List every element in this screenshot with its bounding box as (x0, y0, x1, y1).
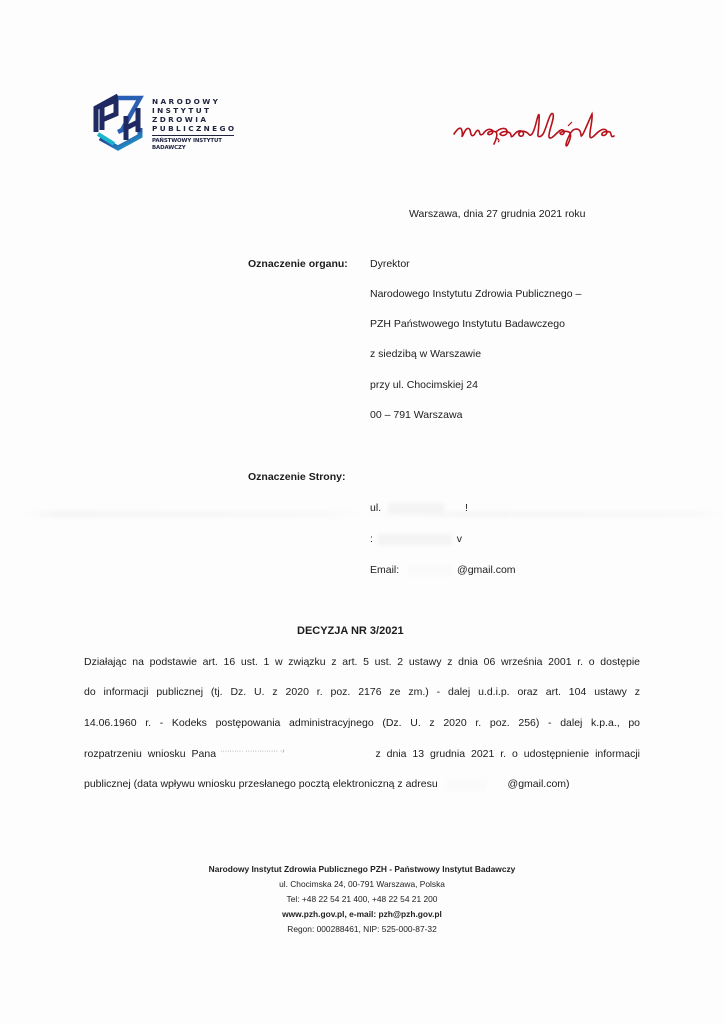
organ-label: Oznaczenie organu: (248, 258, 348, 270)
organ-line: z siedzibą w Warszawie (370, 348, 481, 360)
city-prefix: : (370, 533, 373, 545)
organ-line: Dyrektor (370, 258, 410, 270)
scan-artifact (0, 511, 724, 517)
redacted-city (378, 534, 452, 545)
redacted-name: ·········· ·············· ·› (220, 748, 285, 760)
organ-line: 00 – 791 Warszawa (370, 409, 462, 421)
logo-line: PUBLICZNEGO (152, 124, 237, 133)
email-label: Email: (370, 564, 399, 576)
redacted-source-email (447, 779, 487, 790)
logo-line: INSTYTUT (152, 106, 237, 115)
footer-web-email: www.pzh.gov.pl, e-mail: pzh@pzh.gov.pl (0, 909, 724, 919)
request-prefix: rozpatrzeniu wniosku Pana (84, 748, 216, 760)
footer-address: ul. Chocimska 24, 00-791 Warszawa, Polsk… (0, 879, 724, 889)
party-street: ul. ! (370, 502, 468, 514)
redacted-street (388, 503, 444, 514)
logo-text: NARODOWY INSTYTUT ZDROWIA PUBLICZNEGO PA… (152, 97, 237, 152)
paragraph-line: publicznej (data wpływu wniosku przesłan… (84, 778, 570, 790)
paragraph-line: rozpatrzeniu wniosku Pana ·········· ···… (84, 748, 640, 760)
pzh-logo-icon (88, 88, 148, 154)
signature-icon (452, 104, 642, 150)
party-label: Oznaczenie Strony: (248, 471, 345, 483)
decision-title: DECYZJA NR 3/2021 (297, 625, 404, 637)
paragraph-line: 14.06.1960 r. - Kodeks postępowania admi… (84, 717, 640, 729)
footer-institute: Narodowy Instytut Zdrowia Publicznego PZ… (0, 864, 724, 874)
logo-subline: PAŃSTWOWY INSTYTUT (152, 138, 237, 145)
date-line: Warszawa, dnia 27 grudnia 2021 roku (409, 208, 585, 220)
email-source-prefix: publicznej (data wpływu wniosku przesłan… (84, 778, 438, 790)
organ-line: Narodowego Instytutu Zdrowia Publicznego… (370, 288, 581, 300)
city-suffix: v (457, 533, 462, 545)
logo-line: NARODOWY (152, 97, 237, 106)
logo-line: ZDROWIA (152, 115, 237, 124)
request-suffix: z dnia 13 grudnia 2021 r. o udostępnieni… (376, 748, 641, 760)
street-suffix: ! (465, 502, 468, 514)
party-email: Email: @gmail.com (370, 564, 516, 576)
street-prefix: ul. (370, 502, 381, 514)
paragraph-line: do informacji publicznej (tj. Dz. U. z 2… (84, 686, 640, 698)
organ-line: PZH Państwowego Instytutu Badawczego (370, 318, 565, 330)
redacted-email (408, 565, 452, 576)
party-city: : v (370, 533, 462, 545)
logo-divider (152, 135, 234, 136)
organ-line: przy ul. Chocimskiej 24 (370, 379, 478, 391)
niepodlegla-signature (452, 104, 642, 150)
footer-regon-nip: Regon: 000288461, NIP: 525-000-87-32 (0, 924, 724, 934)
email-source-suffix: @gmail.com) (508, 778, 570, 790)
footer-phone: Tel: +48 22 54 21 400, +48 22 54 21 200 (0, 894, 724, 904)
institute-logo: NARODOWY INSTYTUT ZDROWIA PUBLICZNEGO PA… (88, 88, 238, 158)
email-suffix: @gmail.com (457, 564, 516, 576)
logo-subline: BADAWCZY (152, 145, 237, 152)
paragraph-line: Działając na podstawie art. 16 ust. 1 w … (84, 656, 640, 668)
